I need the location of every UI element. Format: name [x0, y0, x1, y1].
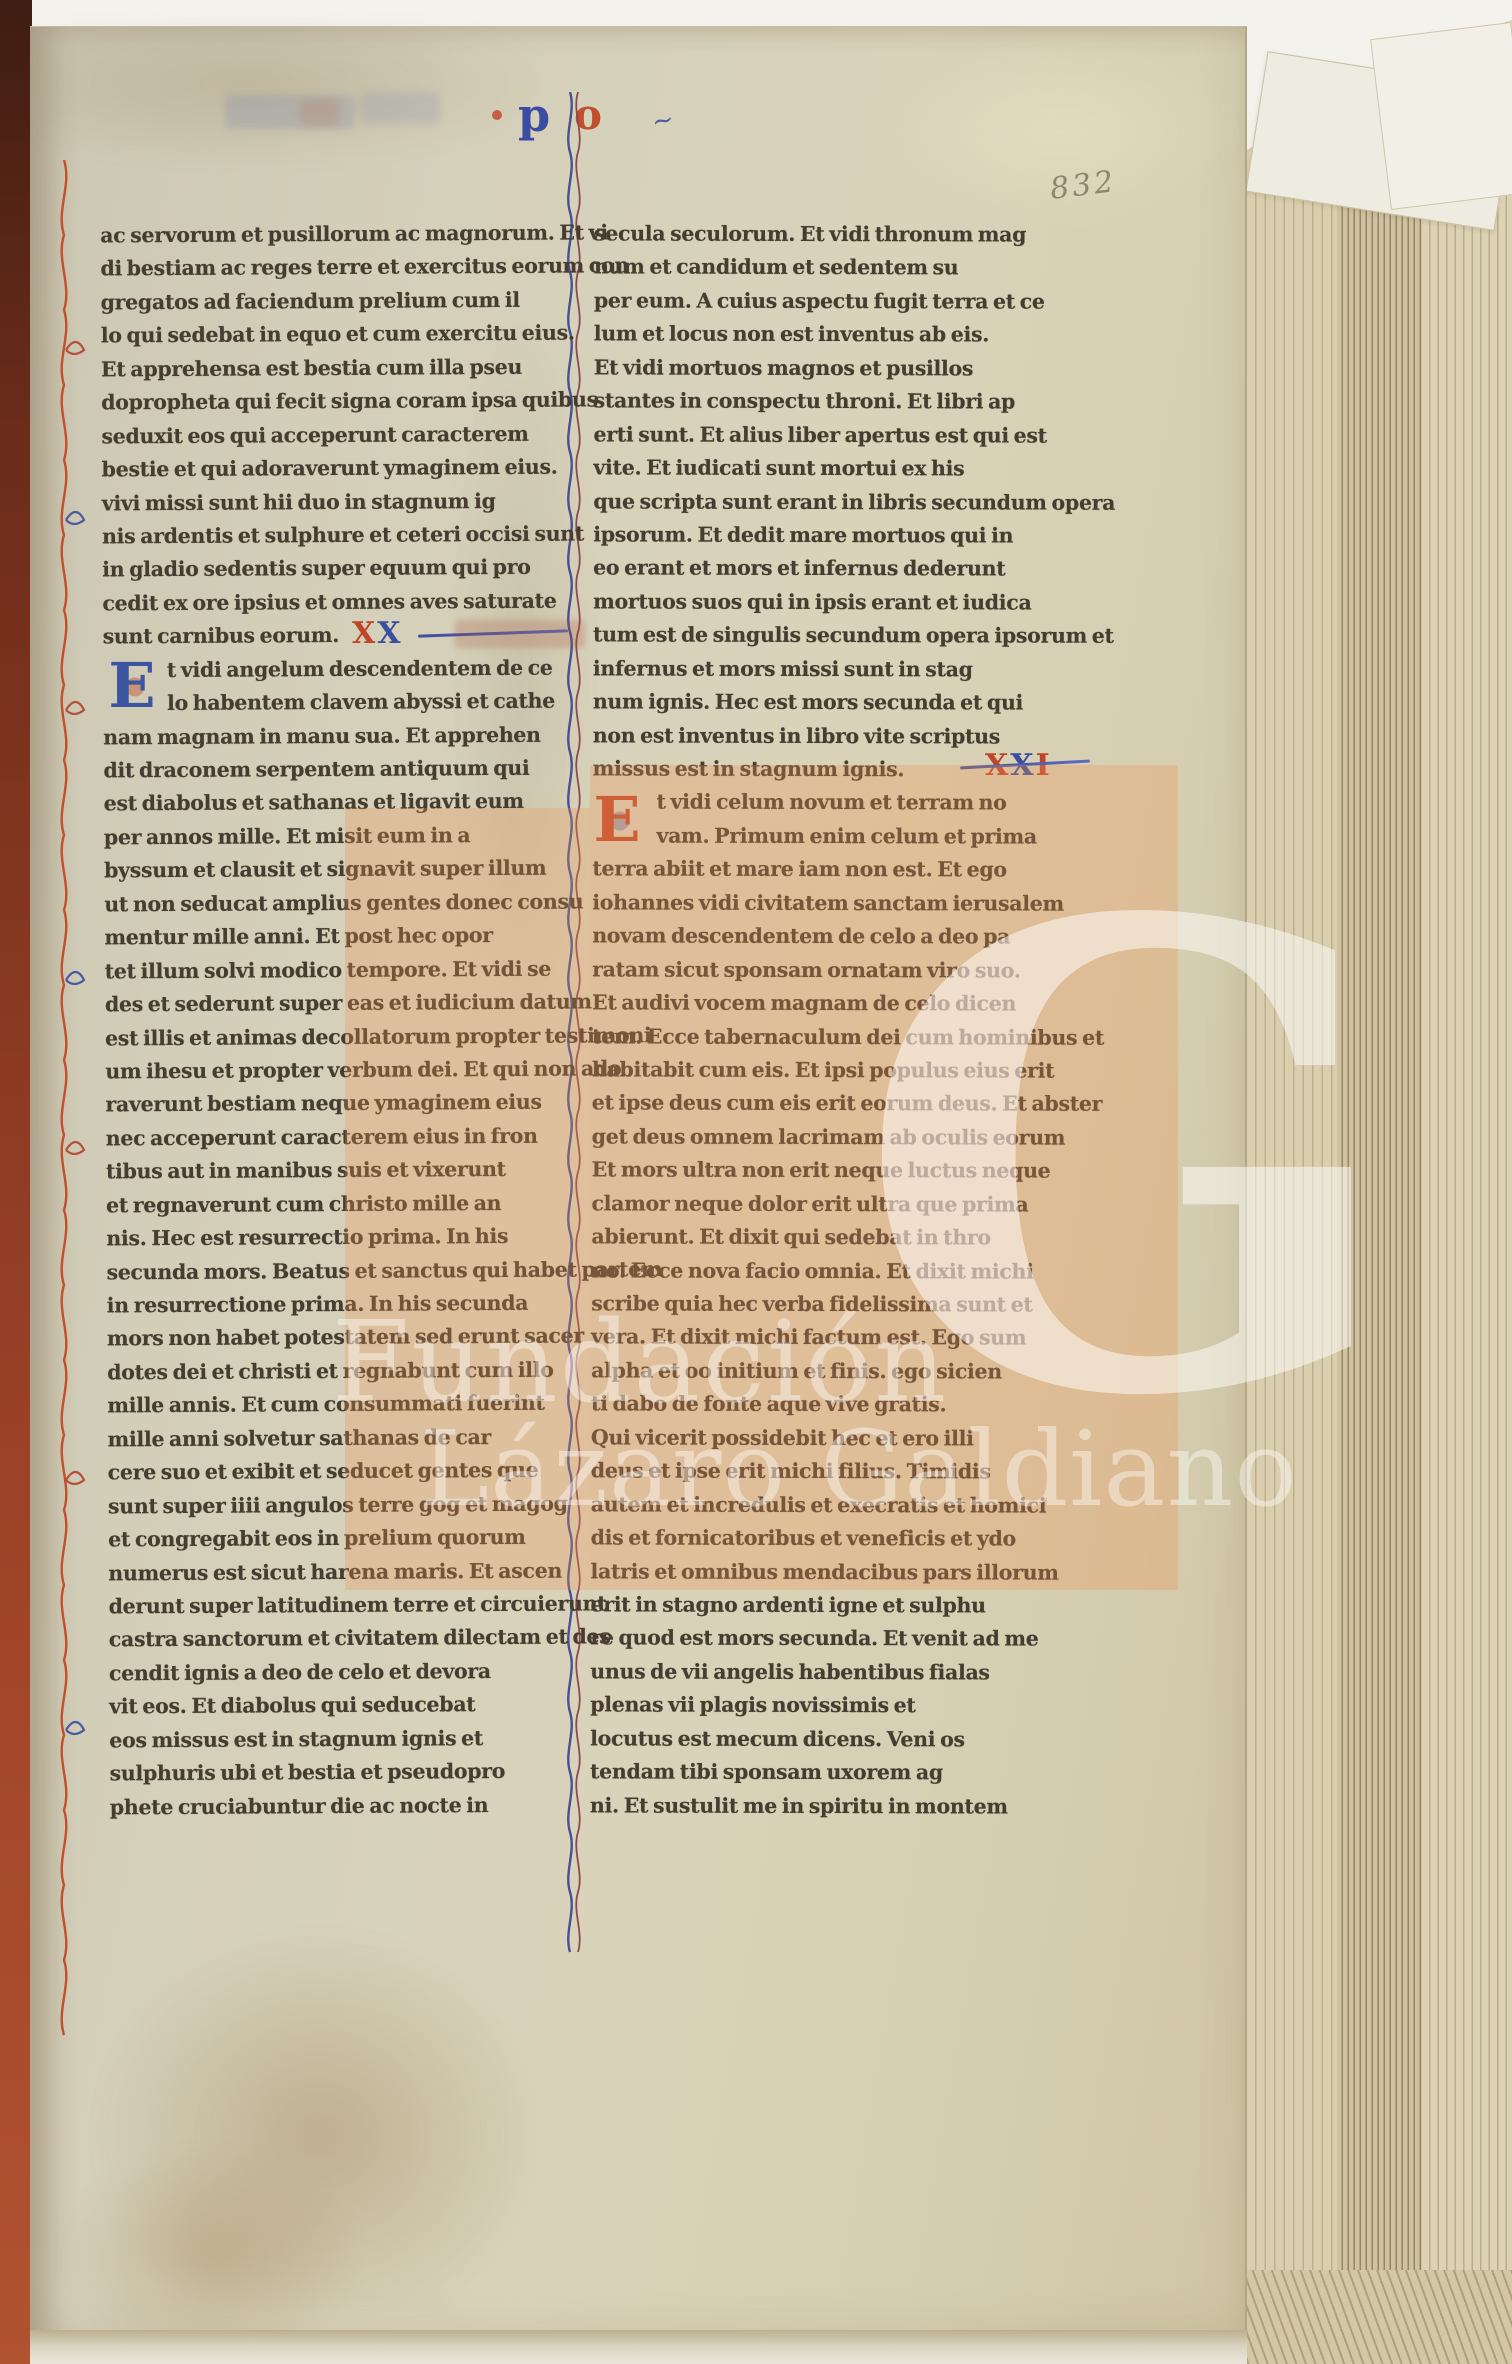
- numeral-letter: X: [352, 616, 377, 651]
- manuscript-line: num ignis. Hec est mors secunda et qui: [593, 686, 1049, 721]
- running-header-letter-p: p: [518, 88, 550, 142]
- manuscript-line: infernus et mors missi sunt in stag: [593, 652, 1049, 687]
- page-stack-band: [1337, 0, 1422, 2364]
- manuscript-line: vite. Et iudicati sunt mortui ex his: [593, 451, 1049, 486]
- manuscript-line: um ihesu et propter verbum dei. Et qui n…: [105, 1053, 561, 1089]
- manuscript-line: et ipse deus cum eis erit eorum deus. Et…: [592, 1087, 1048, 1122]
- manuscript-line: locutus est mecum dicens. Veni os: [590, 1722, 1046, 1757]
- manuscript-line: tet illum solvi modico tempore. Et vidi …: [105, 952, 561, 988]
- running-header-letter-o: o: [574, 90, 602, 139]
- manuscript-line: numerus est sicut harena maris. Et ascen: [108, 1554, 564, 1590]
- text-column-right: secula seculorum. Et vidi thronum magnum…: [590, 217, 1050, 1823]
- manuscript-line: et regnaverunt cum christo mille an: [106, 1186, 562, 1222]
- manuscript-line: dit draconem serpentem antiquum qui: [103, 752, 559, 788]
- manuscript-line: et congregabit eos in prelium quorum: [108, 1521, 564, 1557]
- manuscript-line: stantes in conspectu throni. Et libri ap: [594, 385, 1050, 420]
- manuscript-line: gregatos ad faciendum prelium cum il: [101, 283, 557, 319]
- manuscript-line: in resurrectione prima. In his secunda: [107, 1287, 563, 1323]
- manuscript-line: vera. Et dixit michi factum est. Ego sum: [591, 1321, 1047, 1356]
- manuscript-line: vam. Primum enim celum et prima: [592, 819, 1048, 854]
- manuscript-line: in gladio sedentis super equum qui pro: [102, 551, 558, 587]
- page-bottom-edge: [30, 2330, 1247, 2364]
- manuscript-line: lum et locus non est inventus ab eis.: [594, 318, 1050, 353]
- manuscript-line: sunt super iiii angulos terre gog et mag…: [108, 1487, 564, 1523]
- manuscript-line: castra sanctorum et civitatem dilectam e…: [109, 1621, 565, 1657]
- manuscript-line: unus de vii angelis habentibus fialas: [590, 1655, 1046, 1690]
- manuscript-line: nis ardentis et sulphure et ceteri occis…: [102, 518, 558, 554]
- manuscript-line: lo qui sedebat in equo et cum exercitu e…: [101, 317, 557, 353]
- manuscript-line: missus est in stagnum ignis.: [593, 752, 1049, 787]
- show-through-ink: [360, 92, 440, 124]
- manuscript-line: no. Ecce nova facio omnia. Et dixit mich…: [591, 1254, 1047, 1289]
- lifted-page-corner: [1370, 22, 1512, 210]
- manuscript-line: terra abiit et mare iam non est. Et ego: [592, 853, 1048, 888]
- book-binding-edge: [0, 0, 32, 2364]
- manuscript-line: tum est de singulis secundum opera ipsor…: [593, 619, 1049, 654]
- manuscript-line: erit in stagno ardenti igne et sulphu: [590, 1588, 1046, 1623]
- manuscript-line: ut non seducat amplius gentes donec cons…: [104, 885, 560, 921]
- manuscript-line: des et sederunt super eas et iudicium da…: [105, 986, 561, 1022]
- page-stack-fore-edge: [1247, 0, 1512, 2364]
- manuscript-line: re quod est mors secunda. Et venit ad me: [590, 1622, 1046, 1657]
- manuscript-line: di bestiam ac reges terre et exercitus e…: [100, 250, 556, 286]
- manuscript-line: phete cruciabuntur die ac nocte in: [110, 1788, 566, 1824]
- manuscript-line: mortuos suos qui in ipsis erant et iudic…: [593, 585, 1049, 620]
- manuscript-line: que scripta sunt erant in libris secundu…: [593, 485, 1049, 520]
- rubric-offset-ghost: [455, 620, 585, 648]
- manuscript-line: tem. Ecce tabernaculum dei cum hominibus…: [592, 1020, 1048, 1055]
- manuscript-line: Et audivi vocem magnam de celo dicen: [592, 986, 1048, 1021]
- parchment-stain: [90, 1927, 550, 2307]
- manuscript-line: derunt super latitudinem terre et circui…: [108, 1588, 564, 1624]
- manuscript-line: latris et omnibus mendacibus pars illoru…: [591, 1555, 1047, 1590]
- manuscript-line: ti dabo de fonte aque vive gratis.: [591, 1388, 1047, 1423]
- manuscript-line: scribe quia hec verba fidelissima sunt e…: [591, 1287, 1047, 1322]
- manuscript-line: num et candidum et sedentem su: [594, 251, 1050, 286]
- manuscript-line: cedit ex ore ipsius et omnes aves satura…: [102, 584, 558, 620]
- manuscript-line: Et mors ultra non erit neque luctus nequ…: [592, 1154, 1048, 1189]
- manuscript-line: plenas vii plagis novissimis et: [590, 1689, 1046, 1724]
- manuscript-line: lo habentem clavem abyssi et cathe: [103, 685, 559, 721]
- manuscript-line: sulphuris ubi et bestia et pseudopro: [109, 1755, 565, 1791]
- manuscript-line: non est inventus in libro vite scriptus: [593, 719, 1049, 754]
- manuscript-line: eo erant et mors et infernus dederunt: [593, 552, 1049, 587]
- manuscript-line: cere suo et exibit et seducet gentes que: [108, 1454, 564, 1490]
- manuscript-line: get deus omnem lacrimam ab oculis eorum: [592, 1120, 1048, 1155]
- manuscript-line: secunda mors. Beatus et sanctus qui habe…: [106, 1253, 562, 1289]
- manuscript-line: vit eos. Et diabolus qui seducebat: [109, 1688, 565, 1724]
- manuscript-line: Et apprehensa est bestia cum illa pseu: [101, 350, 557, 386]
- manuscript-line: Qui vicerit possidebit hec et ero illi: [591, 1421, 1047, 1456]
- text-column-left: ac servorum et pusillorum ac magnorum. E…: [100, 217, 566, 1825]
- manuscript-line: cendit ignis a deo de celo et devora: [109, 1654, 565, 1690]
- manuscript-line: clamor neque dolor erit ultra que prima: [591, 1187, 1047, 1222]
- manuscript-line: mentur mille anni. Et post hec opor: [104, 919, 560, 955]
- manuscript-line: habitabit cum eis. Et ipsi populus eius …: [592, 1053, 1048, 1088]
- manuscript-line: tibus aut in manibus suis et vixerunt: [106, 1153, 562, 1189]
- manuscript-line: dopropheta qui fecit signa coram ipsa qu…: [101, 384, 557, 420]
- manuscript-line: ni. Et sustulit me in spiritu in montem: [590, 1789, 1046, 1824]
- decorated-initial-E-blue: E: [103, 653, 161, 721]
- manuscript-line: nec acceperunt caracterem eius in fron: [106, 1119, 562, 1155]
- manuscript-photo: p o ~ 832 ac servorum et pusillorum ac m…: [0, 0, 1512, 2364]
- numeral-letter: I: [1036, 748, 1052, 783]
- manuscript-line: Et vidi mortuos magnos et pusillos: [594, 351, 1050, 386]
- manuscript-line: deus et ipse erit michi filius. Timidis: [591, 1455, 1047, 1490]
- manuscript-line: per eum. A cuius aspectu fugit terra et …: [594, 284, 1050, 319]
- manuscript-line: novam descendentem de celo a deo pa: [592, 920, 1048, 955]
- manuscript-line: alpha et oo initium et finis. ego sicien: [591, 1354, 1047, 1389]
- manuscript-line: dis et fornicatoribus et veneficis et yd…: [591, 1521, 1047, 1556]
- manuscript-line: mors non habet potestatem sed erunt sace…: [107, 1320, 563, 1356]
- manuscript-line: byssum et clausit et signavit super illu…: [104, 852, 560, 888]
- manuscript-line: vivi missi sunt hii duo in stagnum ig: [102, 484, 558, 520]
- manuscript-line: iohannes vidi civitatem sanctam ierusale…: [592, 886, 1048, 921]
- manuscript-line: est illis et animas decollatorum propter…: [105, 1019, 561, 1055]
- manuscript-line: seduxit eos qui acceperunt caracterem: [101, 417, 557, 453]
- manuscript-line: est diabolus et sathanas et ligavit eum: [104, 785, 560, 821]
- page-stack-band: [1422, 0, 1512, 2364]
- manuscript-line: erti sunt. Et alius liber apertus est qu…: [593, 418, 1049, 453]
- manuscript-line: mille annis. Et cum consummati fuerint: [107, 1387, 563, 1423]
- manuscript-line: autem et incredulis et execratis et homi…: [591, 1488, 1047, 1523]
- manuscript-line: nam magnam in manu sua. Et apprehen: [103, 718, 559, 754]
- manuscript-line: eos missus est in stagnum ignis et: [109, 1721, 565, 1757]
- numeral-letter: X: [377, 616, 402, 651]
- manuscript-line: secula seculorum. Et vidi thronum mag: [594, 217, 1050, 252]
- show-through-ink: [300, 100, 340, 126]
- manuscript-line: mille anni solvetur sathanas de car: [107, 1420, 563, 1456]
- manuscript-line: t vidi celum novum et terram no: [593, 786, 1049, 821]
- red-fleck-icon: [492, 110, 502, 120]
- manuscript-line: abierunt. Et dixit qui sedebat in thro: [591, 1221, 1047, 1256]
- decorated-initial-E-red: E: [588, 787, 646, 855]
- page-stack-band: [1247, 0, 1337, 2364]
- manuscript-line: bestie et qui adoraverunt ymaginem eius.: [102, 451, 558, 487]
- manuscript-line: nis. Hec est resurrectio prima. In his: [106, 1220, 562, 1256]
- manuscript-line: ac servorum et pusillorum ac magnorum. E…: [100, 217, 556, 253]
- chapter-numeral-xx: XX: [352, 616, 403, 651]
- manuscript-line: ratam sicut sponsam ornatam viro suo.: [592, 953, 1048, 988]
- manuscript-line: raverunt bestiam neque ymaginem eius: [105, 1086, 561, 1122]
- manuscript-line: per annos mille. Et misit eum in a: [104, 818, 560, 854]
- manuscript-line: ipsorum. Et dedit mare mortuos qui in: [593, 518, 1049, 553]
- manuscript-line: dotes dei et christi et regnabunt cum il…: [107, 1353, 563, 1389]
- manuscript-line: t vidi angelum descendentem de ce: [103, 651, 559, 687]
- manuscript-line: tendam tibi sponsam uxorem ag: [590, 1756, 1046, 1791]
